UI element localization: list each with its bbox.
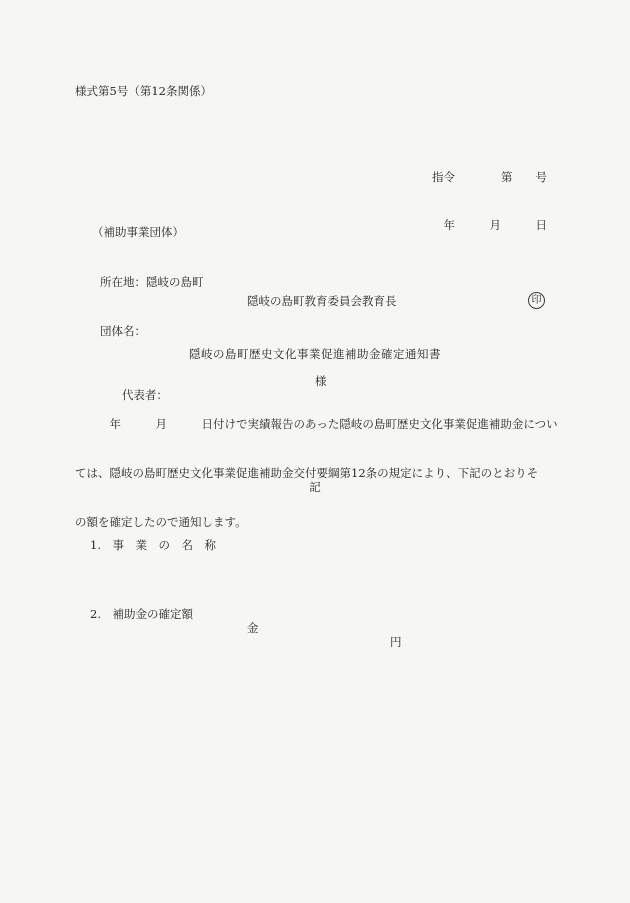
sender-line: 隠岐の島町教育委員会教育長 印 [0,294,630,312]
body-line-1: 年 月 日付けで実績報告のあった隠岐の島町歴史文化事業促進補助金につい [75,414,559,435]
directive-number-line: 指令 第 号 [432,167,547,187]
document-page: 様式第5号（第12条関係） 指令 第 号 年 月 日 （補助事業団体） 所在地：… [0,0,630,903]
seal-stamp-icon: 印 [528,292,545,309]
directive-number-block: 指令 第 号 年 月 日 [432,139,547,263]
recipient-address: 所在地：隠岐の島町 [92,275,392,297]
recipient-group-label: （補助事業団体） [92,225,392,247]
item-2-kin-prefix: 金 [247,621,259,635]
recipient-org-name: 団体名： [92,324,392,346]
sender-name: 隠岐の島町教育委員会教育長 [247,294,397,308]
document-title: 隠岐の島町歴史文化事業促進補助金確定通知書 [0,347,630,361]
item-2-yen-suffix: 円 [390,635,402,649]
item-1-project-name: 1. 事 業 の 名 称 [90,538,216,552]
item-2-label: 2. 補助金の確定額 [90,607,193,621]
body-line-3: の額を確定したので通知します。 [75,512,559,533]
directive-date-line: 年 月 日 [432,215,547,235]
body-paragraph: 年 月 日付けで実績報告のあった隠岐の島町歴史文化事業促進補助金につい ては、隠… [75,386,559,561]
form-number: 様式第5号（第12条関係） [75,84,212,98]
ki-heading: 記 [0,480,630,494]
item-2-confirmed-amount: 2. 補助金の確定額 金 円 [0,593,630,609]
